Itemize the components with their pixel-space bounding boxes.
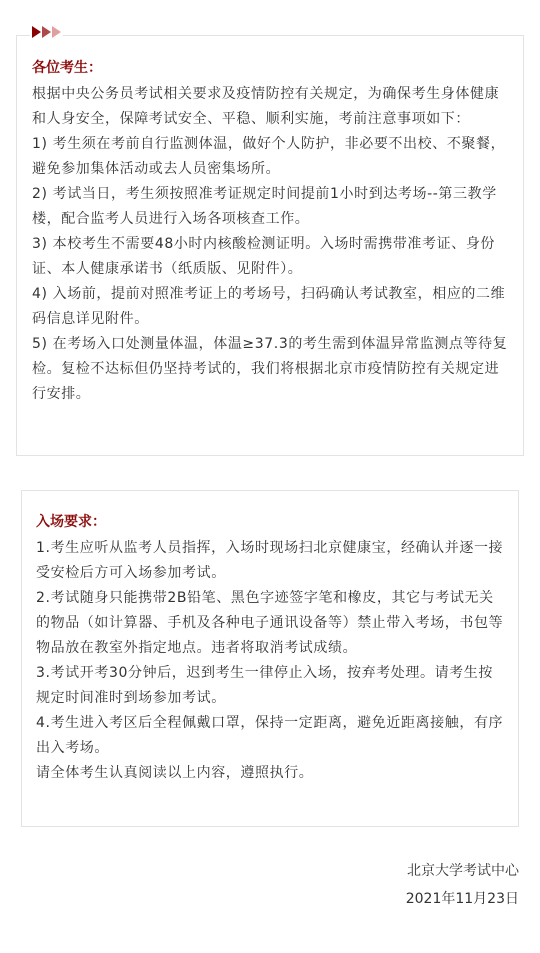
intro-paragraph: 根据中央公务员考试相关要求及疫情防控有关规定，为确保考生身体健康和人身安全，保障…	[32, 82, 509, 132]
notice-item: 3) 本校考生不需要48小时内核酸检测证明。入场时需携带准考证、身份证、本人健康…	[32, 232, 509, 282]
arrow-icon	[52, 26, 61, 38]
signature-organization: 北京大学考试中心	[407, 860, 519, 880]
requirement-item: 4.考生进入考区后全程佩戴口罩，保持一定距离，避免近距离接触，有序出入考场。	[36, 711, 504, 761]
section-heading: 各位考生：	[32, 54, 509, 82]
closing-statement: 请全体考生认真阅读以上内容，遵照执行。	[36, 761, 504, 786]
decorative-arrows	[30, 26, 63, 40]
requirement-item: 3.考试开考30分钟后，迟到考生一律停止入场，按弃考处理。请考生按规定时间准时到…	[36, 661, 504, 711]
notice-item: 5) 在考场入口处测量体温，体温≥37.3的考生需到体温异常监测点等待复检。复检…	[32, 332, 509, 407]
notice-item: 4) 入场前，提前对照准考证上的考场号，扫码确认考试教室，相应的二维码信息详见附…	[32, 282, 509, 332]
arrow-icon	[32, 26, 41, 38]
requirement-item: 2.考试随身只能携带2B铅笔、黑色字迹签字笔和橡皮，其它与考试无关的物品（如计算…	[36, 586, 504, 661]
requirement-item: 1.考生应听从监考人员指挥，入场时现场扫北京健康宝，经确认并逐一接受安检后方可入…	[36, 536, 504, 586]
arrow-icon	[42, 26, 51, 38]
notice-item: 1) 考生须在考前自行监测体温，做好个人防护，非必要不出校、不聚餐，避免参加集体…	[32, 132, 509, 182]
signature-date: 2021年11月23日	[406, 888, 519, 908]
section-heading: 入场要求：	[36, 508, 504, 536]
notice-box-general: 各位考生： 根据中央公务员考试相关要求及疫情防控有关规定，为确保考生身体健康和人…	[16, 35, 524, 456]
notice-item: 2) 考试当日，考生须按照准考证规定时间提前1小时到达考场--第三教学楼，配合监…	[32, 182, 509, 232]
notice-box-entry-requirements: 入场要求： 1.考生应听从监考人员指挥，入场时现场扫北京健康宝，经确认并逐一接受…	[21, 490, 519, 827]
